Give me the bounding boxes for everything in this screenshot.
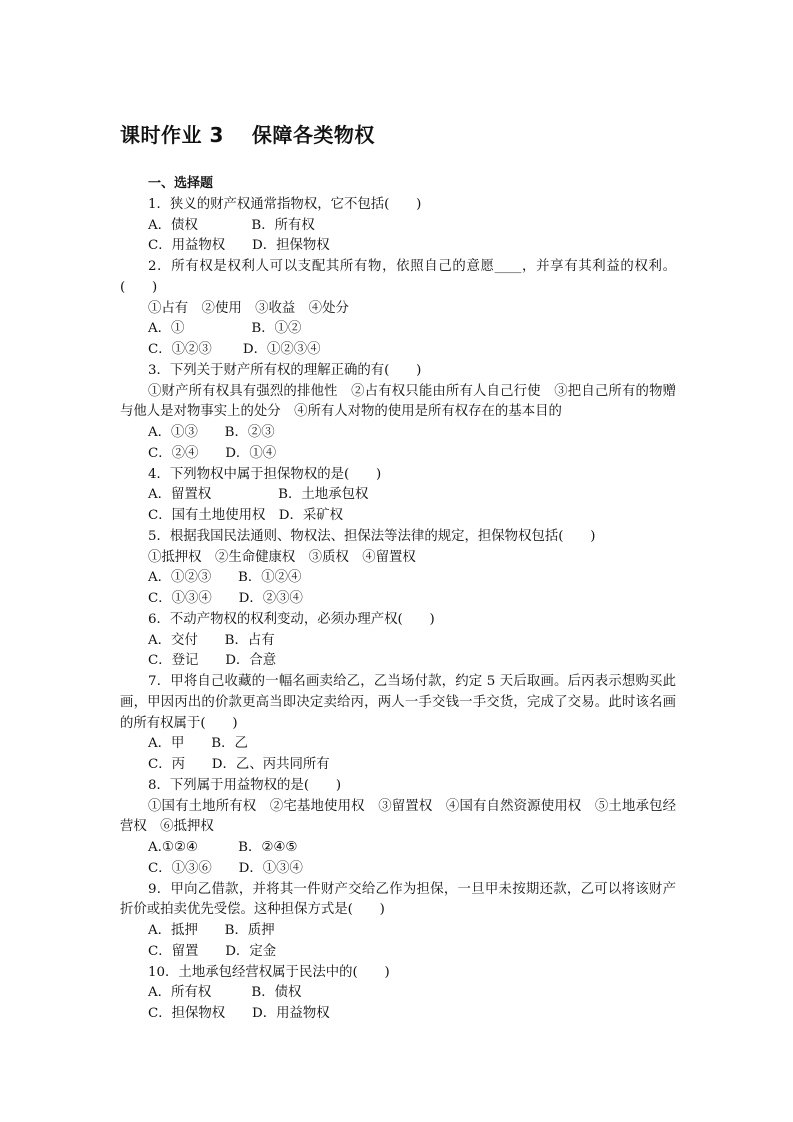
section-heading: 一、选择题 — [120, 174, 676, 195]
statement-items: ①财产所有权具有强烈的排他性 ②占有权只能由所有人自己行使 ③把自己所有的物赠与… — [120, 382, 676, 424]
statement-items: ①国有土地所有权 ②宅基地使用权 ③留置权 ④国有自然资源使用权 ⑤土地承包经营… — [120, 797, 676, 839]
answer-options-row: C．①③④ D．②③④ — [120, 589, 676, 610]
question-stem: 7．甲将自己收藏的一幅名画卖给乙，乙当场付款，约定 5 天后取画。后丙表示想购买… — [120, 672, 676, 734]
question-7: 7．甲将自己收藏的一幅名画卖给乙，乙当场付款，约定 5 天后取画。后丙表示想购买… — [120, 672, 676, 776]
answer-options-row: A．①③ B．②③ — [120, 423, 676, 444]
answer-options-row: C．留置 D．定金 — [120, 942, 676, 963]
answer-options-row: C．登记 D．合意 — [120, 651, 676, 672]
question-stem: 6．不动产物权的权利变动，必须办理产权( ) — [120, 610, 676, 631]
question-9: 9．甲向乙借款，并将其一件财产交给乙作为担保，一旦甲未按期还款，乙可以将该财产折… — [120, 880, 676, 963]
answer-options-row: A．留置权 B．土地承包权 — [120, 485, 676, 506]
answer-options-row: A．① B．①② — [120, 319, 676, 340]
answer-options-row: C．丙 D．乙、丙共同所有 — [120, 755, 676, 776]
answer-options-row: A．交付 B．占有 — [120, 631, 676, 652]
question-stem: 10．土地承包经营权属于民法中的( ) — [120, 963, 676, 984]
answer-options-row: C．①③⑥ D．①③④ — [120, 859, 676, 880]
answer-options-row: C．用益物权 D．担保物权 — [120, 236, 676, 257]
question-1: 1．狭义的财产权通常指物权，它不包括( ) A．债权 B．所有权 C．用益物权 … — [120, 195, 676, 257]
question-stem: 2．所有权是权利人可以支配其所有物，依照自己的意愿____，并享有其利益的权利。… — [120, 257, 676, 299]
question-8: 8．下列属于用益物权的是( ) ①国有土地所有权 ②宅基地使用权 ③留置权 ④国… — [120, 776, 676, 880]
answer-options-row: C．国有土地使用权 D．采矿权 — [120, 506, 676, 527]
statement-items: ①抵押权 ②生命健康权 ③质权 ④留置权 — [120, 548, 676, 569]
statement-items: ①占有 ②使用 ③收益 ④处分 — [120, 299, 676, 320]
question-4: 4．下列物权中属于担保物权的是( ) A．留置权 B．土地承包权 C．国有土地使… — [120, 465, 676, 527]
question-stem: 4．下列物权中属于担保物权的是( ) — [120, 465, 676, 486]
question-stem: 3．下列关于财产所有权的理解正确的有( ) — [120, 361, 676, 382]
question-6: 6．不动产物权的权利变动，必须办理产权( ) A．交付 B．占有 C．登记 D．… — [120, 610, 676, 672]
question-3: 3．下列关于财产所有权的理解正确的有( ) ①财产所有权具有强烈的排他性 ②占有… — [120, 361, 676, 465]
answer-options-row: A．抵押 B．质押 — [120, 921, 676, 942]
answer-options-row: A．债权 B．所有权 — [120, 216, 676, 237]
document-page: 课时作业 3 保障各类物权 一、选择题 1．狭义的财产权通常指物权，它不包括( … — [120, 118, 676, 152]
answer-options-row: A．甲 B．乙 — [120, 734, 676, 755]
question-stem: 1．狭义的财产权通常指物权，它不包括( ) — [120, 195, 676, 216]
answer-options-row: A.①②④ B．②④⑤ — [120, 838, 676, 859]
answer-options-row: C．担保物权 D．用益物权 — [120, 1004, 676, 1025]
answer-options-row: C．②④ D．①④ — [120, 444, 676, 465]
page-title: 课时作业 3 保障各类物权 — [120, 118, 676, 152]
question-2: 2．所有权是权利人可以支配其所有物，依照自己的意愿____，并享有其利益的权利。… — [120, 257, 676, 361]
question-10: 10．土地承包经营权属于民法中的( ) A．所有权 B．债权 C．担保物权 D．… — [120, 963, 676, 1025]
question-5: 5．根据我国民法通则、物权法、担保法等法律的规定，担保物权包括( ) ①抵押权 … — [120, 527, 676, 610]
question-stem: 8．下列属于用益物权的是( ) — [120, 776, 676, 797]
answer-options-row: A．①②③ B．①②④ — [120, 568, 676, 589]
answer-options-row: C．①②③ D．①②③④ — [120, 340, 676, 361]
answer-options-row: A．所有权 B．债权 — [120, 983, 676, 1004]
question-stem: 5．根据我国民法通则、物权法、担保法等法律的规定，担保物权包括( ) — [120, 527, 676, 548]
question-list: 一、选择题 1．狭义的财产权通常指物权，它不包括( ) A．债权 B．所有权 C… — [120, 174, 676, 1025]
question-stem: 9．甲向乙借款，并将其一件财产交给乙作为担保，一旦甲未按期还款，乙可以将该财产折… — [120, 880, 676, 922]
